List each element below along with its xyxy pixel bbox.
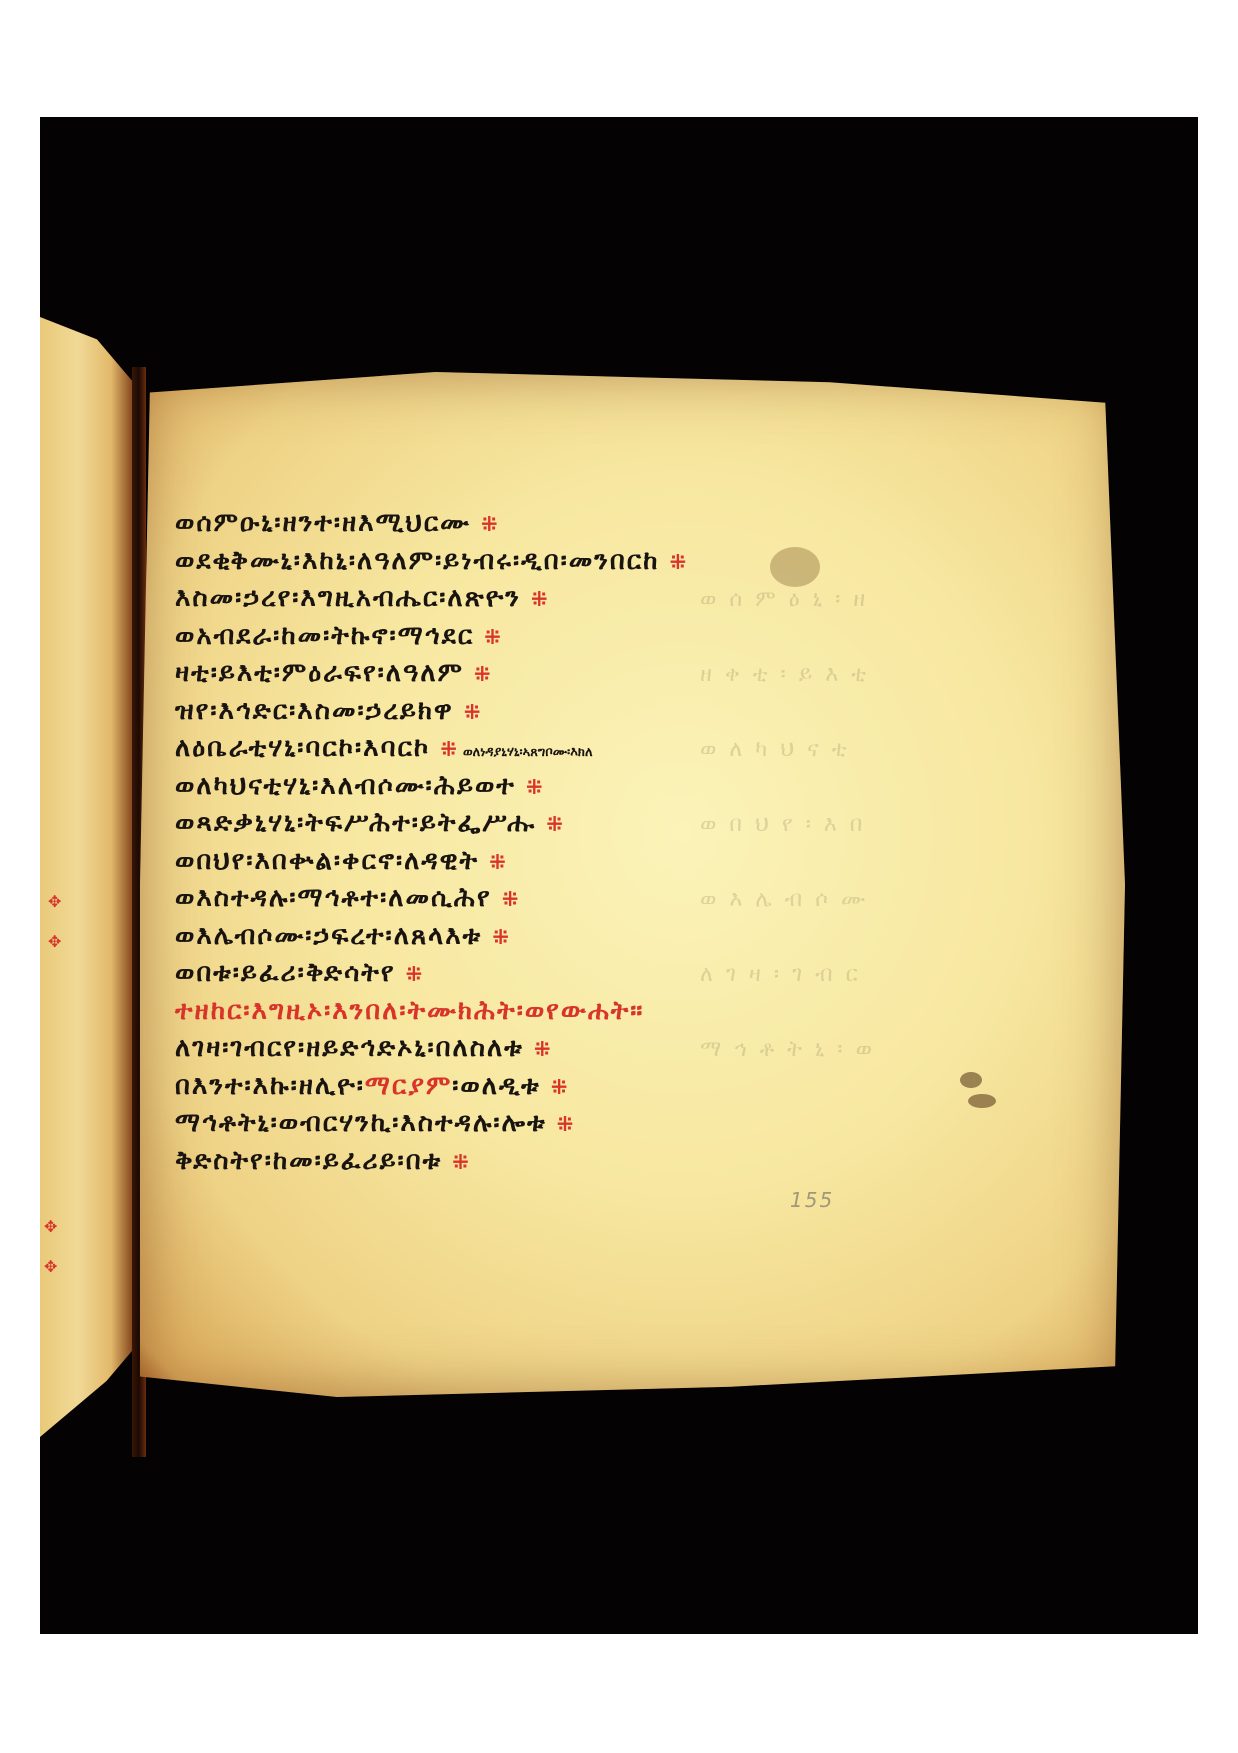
text-line: ወእስተዳሉ፡ማኅቶተ፡ለመሲሕየ⁜ [175,880,975,918]
left-page-cross-mark: ✥ [44,1257,57,1276]
folio-number: 155 [790,1188,834,1212]
left-page-cross-mark: ✥ [44,1217,57,1236]
red-cross-icon: ⁜ [464,700,483,724]
text-line: ወበቱ፡ይፈሪ፡ቅድሳትየ⁜ [175,955,975,993]
text-line: ዛቲ፡ይእቲ፡ምዕራፍየ፡ለዓለም⁜ [175,655,975,693]
text-line: ቅድስትየ፡ከመ፡ይፈሪይ፡በቱ⁜ [175,1143,975,1181]
text-line: ዝየ፡እኅድር፡እስመ፡ኃረይክዋ⁜ [175,693,975,731]
text-line: በእንተ፡እኩ፡ዘሊዮ፡ማርያም፡ወለዲቱ⁜ [175,1068,975,1106]
red-cross-icon: ⁜ [502,887,521,911]
text-line: ወደቂቅሙኒ፡እከኒ፡ለዓለም፡ይነብሩ፡ዲበ፡መንበርከ⁜ [175,543,975,581]
red-cross-icon: ⁜ [440,737,459,761]
interlinear-note: ወለነዳያኒሃኒ፡ኣጸግቦሙ፡እክለ [463,745,593,760]
text-line: ማኅቶትኒ፡ወብርሃንኪ፡እስተዳሉ፡ሎቱ⁜ [175,1105,975,1143]
red-cross-icon: ⁜ [546,812,565,836]
red-cross-icon: ⁜ [526,775,545,799]
red-cross-icon: ⁜ [452,1150,471,1174]
red-cross-icon: ⁜ [474,662,493,686]
text-line: ወሰምዑኒ፡ዘንተ፡ዘእሚህርሙ⁜ [175,505,975,543]
red-cross-icon: ⁜ [534,1037,553,1061]
red-cross-icon: ⁜ [489,850,508,874]
left-page-cross-mark: ✥ [48,892,61,911]
text-line: ለዕቤራቲሃኒ፡ባርኮ፡እባርኮ⁜ወለነዳያኒሃኒ፡ኣጸግቦሙ፡እክለ [175,730,975,768]
text-line: ወአብደራ፡ከመ፡ትኩኖ፡ማኅደር⁜ [175,618,975,656]
red-cross-icon: ⁜ [406,962,425,986]
red-cross-icon: ⁜ [481,512,500,536]
red-cross-icon: ⁜ [551,1075,570,1099]
red-cross-icon: ⁜ [557,1112,576,1136]
red-cross-icon: ⁜ [670,550,689,574]
text-line: ወለካህናቲሃኒ፡እለብሶሙ፡ሕይወተ⁜ [175,768,975,806]
text-line: እስመ፡ኃረየ፡እግዚአብሔር፡ለጽዮን⁜ [175,580,975,618]
left-page-cross-mark: ✥ [48,932,61,951]
text-line: ወበህየ፡እበቍል፡ቀርኖ፡ለዳዊት⁜ [175,843,975,881]
rubric-word-mary: ማርያም [365,1071,452,1101]
text-line: ለገዛ፡ገብርየ፡ዘይድኅድኦኒ፡በለስለቱ⁜ [175,1030,975,1068]
red-cross-icon: ⁜ [531,587,550,611]
red-cross-icon: ⁜ [492,925,511,949]
manuscript-text: ወሰምዑኒ፡ዘንተ፡ዘእሚህርሙ⁜ ወደቂቅሙኒ፡እከኒ፡ለዓለም፡ይነብሩ፡ዲ… [175,505,975,1180]
rubric-line: ተዘከር፡እግዚኦ፡እንበለ፡ትሙክሕት፡ወየውሐት። [175,993,975,1031]
text-line: ወእሌብሶሙ፡ኃፍረተ፡ለጸላእቱ⁜ [175,918,975,956]
text-line: ወጻድቃኒሃኒ፡ትፍሥሕተ፡ይትፌሥሑ⁜ [175,805,975,843]
red-cross-icon: ⁜ [484,625,503,649]
